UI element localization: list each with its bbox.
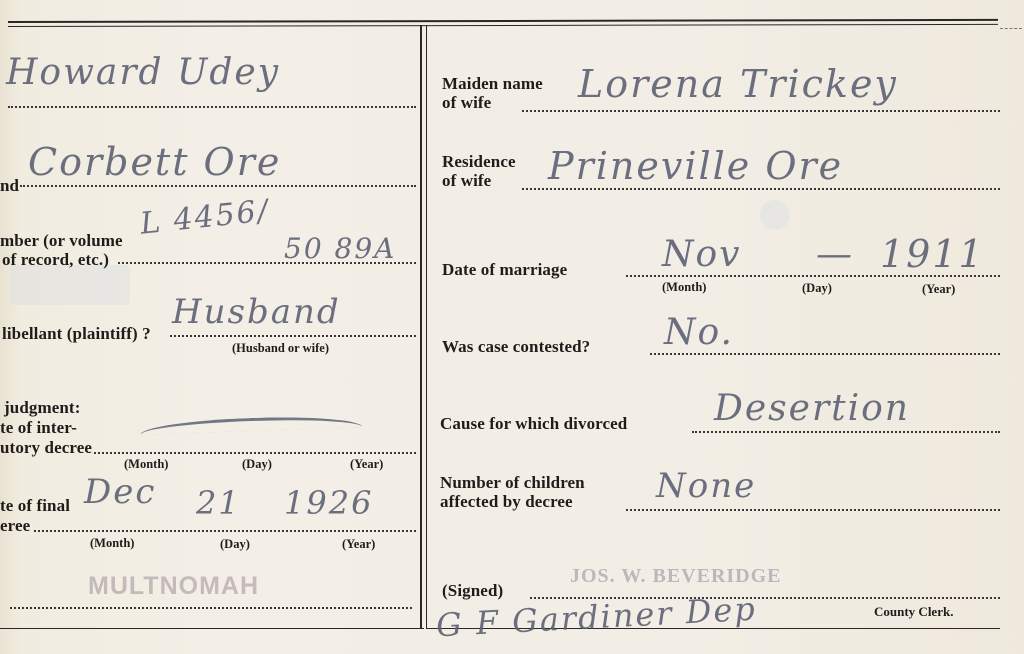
final-decree-label-line2: eree <box>0 516 30 535</box>
record-number-value-line1: L 4456/ <box>139 193 272 241</box>
libellant-label: libellant (plaintiff) ? <box>2 324 151 343</box>
signed-label: (Signed) <box>442 581 503 600</box>
final-decree-day-value: 21 <box>196 484 241 522</box>
column-divider-inner <box>426 25 427 628</box>
dotted-line <box>650 353 1000 355</box>
dotted-line <box>522 188 1000 190</box>
top-double-rule <box>8 19 998 23</box>
dotted-line <box>692 431 1000 433</box>
dotted-line <box>20 185 416 187</box>
maiden-name-value: Lorena Trickey <box>578 62 898 106</box>
residence-wife-label-line2: of wife <box>442 171 491 190</box>
final-decree-month-value: Dec <box>84 472 156 512</box>
dotted-line <box>94 452 416 454</box>
record-number-value-line2: 50 89A <box>284 232 396 265</box>
dotted-line <box>8 106 416 108</box>
bleed-through-mark <box>10 265 130 305</box>
marriage-day-sublabel: (Day) <box>802 281 832 296</box>
dotted-line <box>522 110 1000 112</box>
marriage-month-sublabel: (Month) <box>662 280 706 295</box>
final-decree-label-line1: te of final <box>0 496 70 515</box>
libellant-sublabel: (Husband or wife) <box>232 341 329 356</box>
residence-wife-value: Prineville Ore <box>548 144 843 188</box>
residence-wife-label-line1: Residence <box>442 152 516 171</box>
county-clerk-title: County Clerk. <box>874 604 953 620</box>
dotted-line <box>118 262 416 264</box>
county-stamp: MULTNOMAH <box>88 572 259 601</box>
interlocutory-year-sublabel: (Year) <box>350 457 383 472</box>
interlocutory-label-line1: judgment: <box>4 398 80 417</box>
clerk-name-stamp: JOS. W. BEVERIDGE <box>570 565 782 588</box>
residence-value: Corbett Ore <box>28 140 281 184</box>
maiden-name-label-line2: of wife <box>442 93 491 112</box>
record-number-label-line2: of record, etc.) <box>2 250 109 269</box>
dotted-line <box>170 335 416 337</box>
contested-label: Was case contested? <box>442 337 590 356</box>
maiden-name-label-line1: Maiden name <box>442 74 543 93</box>
libellant-value: Husband <box>172 292 341 332</box>
marriage-day-value: — <box>816 234 854 275</box>
marriage-month-value: Nov <box>662 234 742 275</box>
contested-value: No. <box>664 312 734 353</box>
children-label-line1: Number of children <box>440 473 585 492</box>
top-rule-tail <box>1000 28 1022 29</box>
children-label-line2: affected by decree <box>440 492 573 511</box>
final-decree-year-sublabel: (Year) <box>342 537 375 552</box>
residence-label: nd <box>0 176 19 195</box>
cause-label: Cause for which divorced <box>440 414 627 433</box>
interlocutory-label-line2: te of inter- <box>0 418 77 437</box>
husband-name-value: Howard Udey <box>6 52 280 93</box>
final-decree-month-sublabel: (Month) <box>90 536 134 551</box>
interlocutory-day-sublabel: (Day) <box>242 457 272 472</box>
column-divider <box>420 25 422 628</box>
marriage-year-value: 1911 <box>880 232 985 276</box>
dotted-line <box>626 275 1000 277</box>
bottom-rule-left <box>0 628 424 629</box>
dotted-line <box>34 530 416 532</box>
dotted-line <box>626 509 1000 511</box>
final-decree-year-value: 1926 <box>284 484 373 522</box>
interlocutory-month-sublabel: (Month) <box>124 457 168 472</box>
dotted-line <box>10 607 412 609</box>
interlocutory-dash-stroke <box>140 414 362 435</box>
date-of-marriage-label: Date of marriage <box>442 260 567 279</box>
interlocutory-label-line3: utory decree <box>0 438 92 457</box>
bleed-through-mark <box>760 200 790 230</box>
children-value: None <box>656 466 756 506</box>
record-number-label-line1: mber (or volume <box>0 231 123 250</box>
cause-value: Desertion <box>714 388 910 429</box>
top-double-rule-inner <box>8 24 998 27</box>
marriage-year-sublabel: (Year) <box>922 282 955 297</box>
final-decree-day-sublabel: (Day) <box>220 537 250 552</box>
